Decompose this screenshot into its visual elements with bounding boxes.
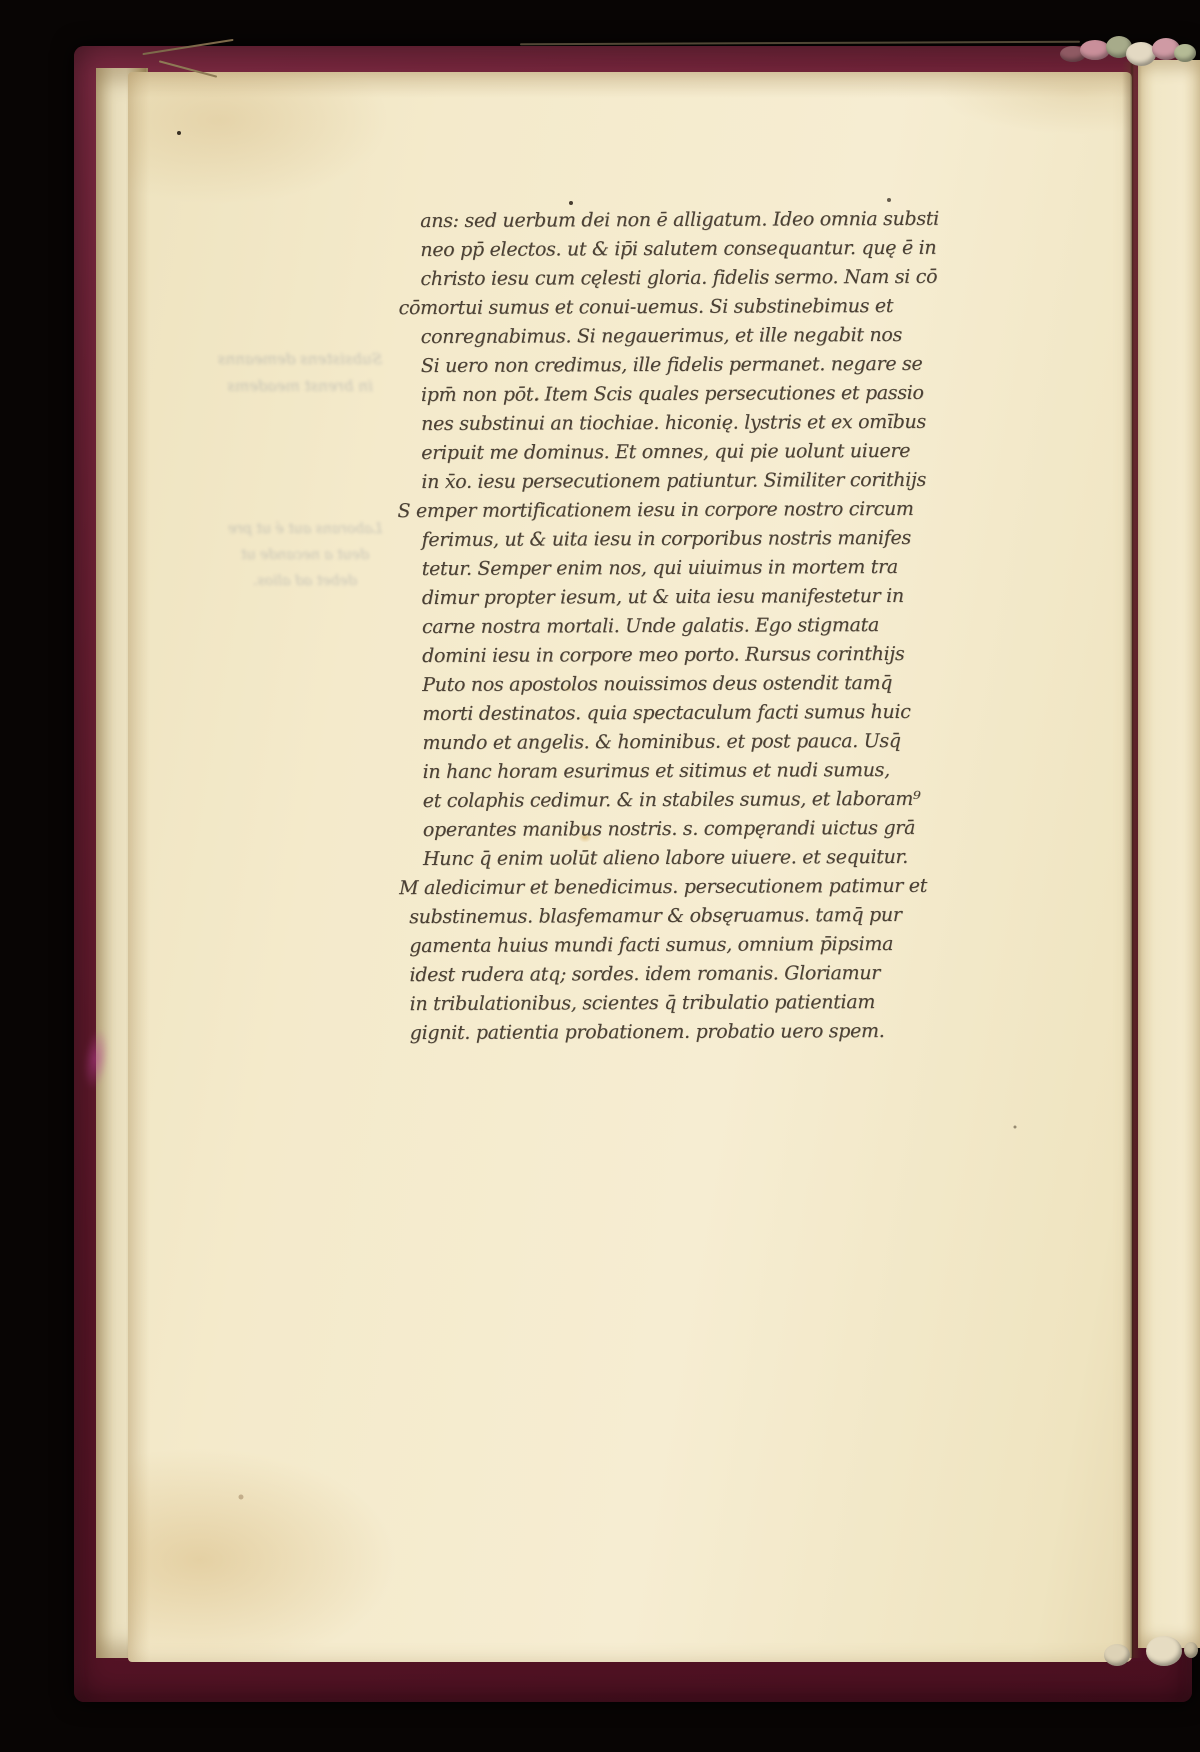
endband-bead <box>1146 1636 1182 1666</box>
gutter-shadow <box>1122 62 1142 1658</box>
manuscript-line: neo pp̄ electos. ut & ip̄i salutem conse… <box>396 234 906 265</box>
show-through-line: deut a necande ut <box>180 542 430 568</box>
manuscript-line: ferimus, ut & uita iesu in corporibus no… <box>398 524 908 555</box>
show-through-line: in brenst meadems <box>190 373 410 400</box>
manuscript-line: substinemus. blasfemamur & obsęruamus. t… <box>399 901 909 932</box>
manuscript-line: ipm̄ non pōt. Item Scis quales persecuti… <box>397 379 907 410</box>
manuscript-line: in tribulationibus, scientes q̄ tribulat… <box>400 988 910 1019</box>
facing-page-sliver <box>1138 60 1200 1648</box>
manuscript-line: gignit. patientia probationem. probatio … <box>400 1017 910 1048</box>
manuscript-line: mundo et angelis. & hominibus. et post p… <box>398 727 908 758</box>
show-through-text-lower: Laborans aut é ut pre deut a necande ut … <box>180 516 430 594</box>
manuscript-text-block: ans: sed uerbum dei non ē alligatum. Ide… <box>396 205 910 1048</box>
manuscript-line: gamenta huius mundi facti sumus, omnium … <box>399 930 909 961</box>
manuscript-line: Hunc q̄ enim uolūt alieno labore uiuere.… <box>399 843 909 874</box>
manuscript-line: Si uero non credimus, ille fidelis perma… <box>397 350 907 381</box>
manuscript-line: dimur propter iesum, ut & uita iesu mani… <box>398 582 908 613</box>
endband-head <box>1060 32 1196 78</box>
endband-bead <box>1184 1642 1198 1658</box>
stray-thread <box>520 41 1080 45</box>
show-through-line: debet ad alios. <box>180 568 430 594</box>
endband-bead <box>1174 44 1196 62</box>
endband-tail <box>1096 1628 1200 1672</box>
manuscript-line: morti destinatos. quia spectaculum facti… <box>398 698 908 729</box>
manuscript-line: christo iesu cum cęlesti gloria. fidelis… <box>396 263 906 294</box>
manuscript-line: tetur. Semper enim nos, qui uiuimus in m… <box>398 553 908 584</box>
manuscript-line: et colaphis cedimur. & in stabiles sumus… <box>399 785 909 816</box>
manuscript-line: operantes manibus nostris. s. compęrandi… <box>399 814 909 845</box>
manuscript-line: conregnabimus. Si negauerimus, et ille n… <box>397 321 907 352</box>
endband-bead <box>1104 1644 1130 1666</box>
manuscript-line: cōmortui sumus et conui-uemus. Si substi… <box>397 292 907 323</box>
manuscript-line: nes substinui an tiochiae. hiconię. lyst… <box>397 408 907 439</box>
manuscript-line: idest rudera atq; sordes. idem romanis. … <box>399 959 909 990</box>
manuscript-line: ans: sed uerbum dei non ē alligatum. Ide… <box>396 205 906 236</box>
show-through-line: Subsistens demeanns <box>190 346 410 373</box>
manuscript-line: S emper mortificationem iesu in corpore … <box>397 495 907 526</box>
manuscript-photo: { "palette": { "background": "#080504", … <box>0 0 1200 1752</box>
manuscript-line: in x̄o. iesu persecutionem patiuntur. Si… <box>397 466 907 497</box>
show-through-line: Laborans aut é ut pre <box>180 516 430 542</box>
manuscript-line: carne nostra mortali. Unde galatis. Ego … <box>398 611 908 642</box>
manuscript-line: Puto nos apostolos nouissimos deus osten… <box>398 669 908 700</box>
manuscript-line: in hanc horam esurimus et sitimus et nud… <box>399 756 909 787</box>
show-through-text-upper: Subsistens demeanns in brenst meadems <box>190 346 410 400</box>
manuscript-line: eripuit me dominus. Et omnes, qui pie uo… <box>397 437 907 468</box>
dust-speckles <box>0 0 2 2</box>
manuscript-line: M aledicimur et benedicimus. persecution… <box>399 872 909 903</box>
manuscript-line: domini iesu in corpore meo porto. Rursus… <box>398 640 908 671</box>
